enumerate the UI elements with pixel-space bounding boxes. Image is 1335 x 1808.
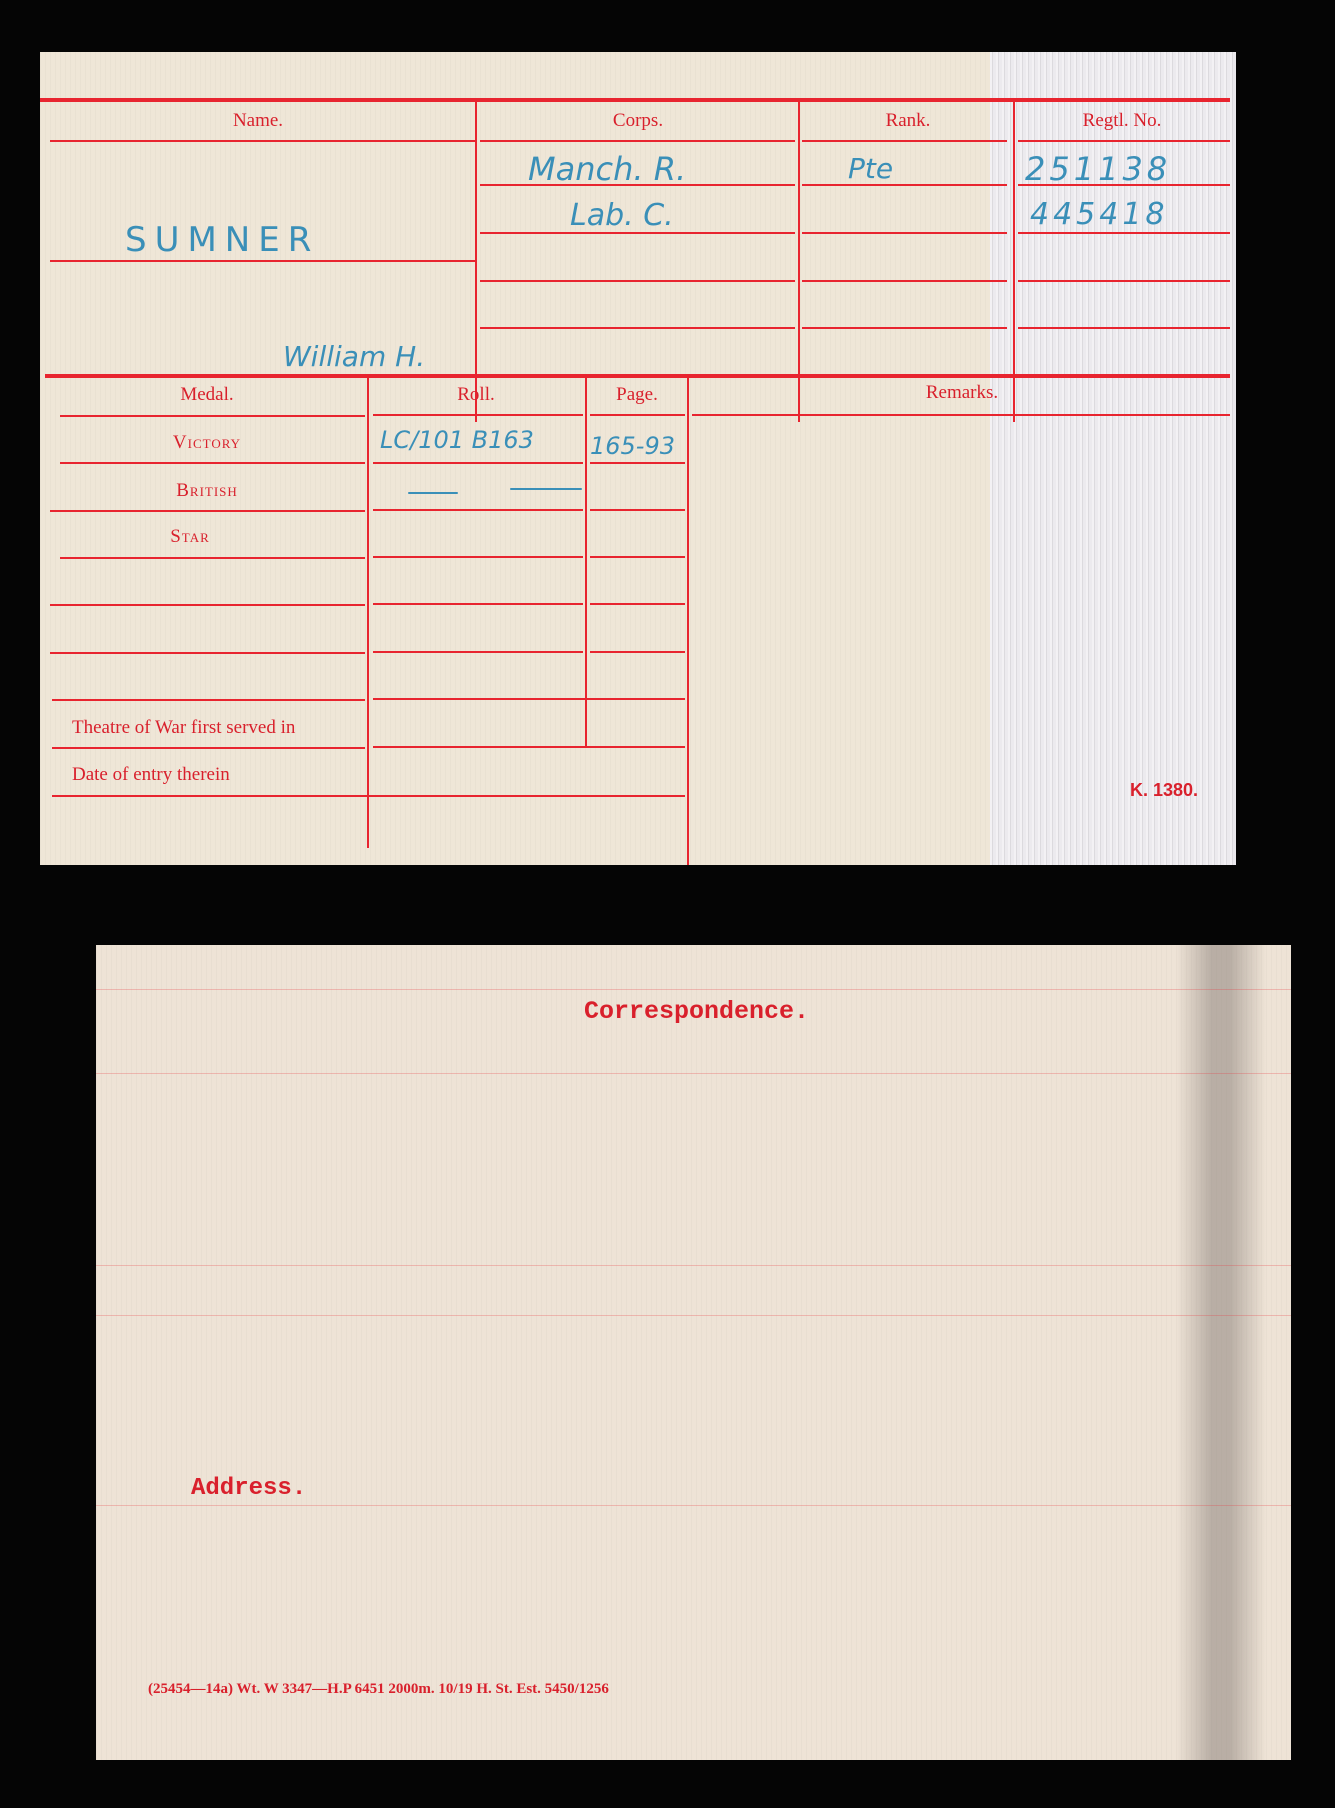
page-header: Page.: [616, 384, 658, 406]
rule: [52, 795, 685, 797]
british-roll-dash: [408, 492, 458, 494]
faint-rule: [96, 1073, 1291, 1074]
faint-rule: [96, 989, 1291, 990]
rule: [1018, 140, 1230, 142]
rule: [373, 509, 583, 511]
top-rule: [40, 98, 1230, 102]
corps-header: Corps.: [613, 110, 663, 132]
rule: [480, 327, 795, 329]
printer-imprint: (25454—14a) Wt. W 3347—H.P 6451 2000m. 1…: [148, 1681, 609, 1698]
regt-no-header: Regtl. No.: [1083, 110, 1162, 132]
rank-header: Rank.: [886, 110, 931, 132]
rule: [1018, 232, 1230, 234]
roll-header: Roll.: [457, 384, 494, 406]
forenames-entry: William H.: [283, 340, 425, 373]
column-divider: [687, 378, 689, 865]
rule: [373, 651, 583, 653]
theatre-of-war-label: Theatre of War first served in: [72, 717, 295, 739]
rank-entry: Pte: [848, 152, 893, 185]
medal-victory-label: Victory: [173, 432, 241, 454]
rule: [1018, 280, 1230, 282]
regt-no-entry-1: 251138: [1025, 150, 1171, 188]
corps-entry-2: Lab. C.: [570, 198, 674, 233]
rule: [373, 698, 685, 700]
rule: [590, 414, 685, 416]
rule: [802, 280, 1007, 282]
rule: [590, 651, 685, 653]
british-roll-dash: [510, 488, 582, 490]
rule: [373, 746, 685, 748]
rule: [60, 462, 365, 464]
rule: [52, 699, 365, 701]
rule: [802, 232, 1007, 234]
date-of-entry-label: Date of entry therein: [72, 764, 230, 786]
rule: [50, 510, 365, 512]
rule: [373, 556, 583, 558]
rule: [480, 280, 795, 282]
medal-card-front: Name. Corps. Rank. Regtl. No. SUMNER Wil…: [40, 52, 1236, 865]
rule: [373, 603, 583, 605]
medal-card-back: Correspondence. Address. (25454—14a) Wt.…: [96, 945, 1291, 1760]
regt-no-entry-2: 445418: [1030, 197, 1169, 232]
medal-header: Medal.: [180, 384, 233, 406]
victory-page-entry: 165-93: [590, 432, 675, 460]
form-code: K. 1380.: [1130, 780, 1198, 801]
scanner-shadow: [1176, 945, 1266, 1760]
faint-rule: [96, 1315, 1291, 1316]
column-divider: [367, 378, 369, 848]
medal-star-label: Star: [170, 526, 210, 548]
faint-rule: [96, 1265, 1291, 1266]
rule: [590, 603, 685, 605]
medal-british-label: British: [176, 480, 238, 502]
faint-rule: [96, 1505, 1291, 1506]
rule: [50, 652, 365, 654]
rule: [802, 327, 1007, 329]
rule: [802, 184, 1007, 186]
rule: [692, 414, 1230, 416]
remarks-header: Remarks.: [926, 382, 998, 404]
rule: [590, 556, 685, 558]
rule: [60, 557, 365, 559]
correspondence-title: Correspondence.: [584, 997, 809, 1026]
rule: [50, 604, 365, 606]
rule: [802, 140, 1007, 142]
rule: [52, 747, 365, 749]
victory-roll-entry: LC/101 B163: [380, 426, 534, 454]
rule: [590, 509, 685, 511]
rule: [50, 140, 475, 142]
rule: [373, 462, 583, 464]
rule: [590, 462, 685, 464]
rule: [1018, 327, 1230, 329]
rule: [480, 140, 795, 142]
rule: [373, 414, 583, 416]
surname-entry: SUMNER: [125, 220, 319, 260]
corps-entry-1: Manch. R.: [528, 150, 686, 188]
section-rule: [45, 374, 1230, 378]
column-divider: [585, 378, 587, 748]
rule: [60, 415, 365, 417]
address-label: Address.: [191, 1475, 306, 1502]
rule: [50, 260, 475, 262]
name-header: Name.: [233, 110, 283, 132]
